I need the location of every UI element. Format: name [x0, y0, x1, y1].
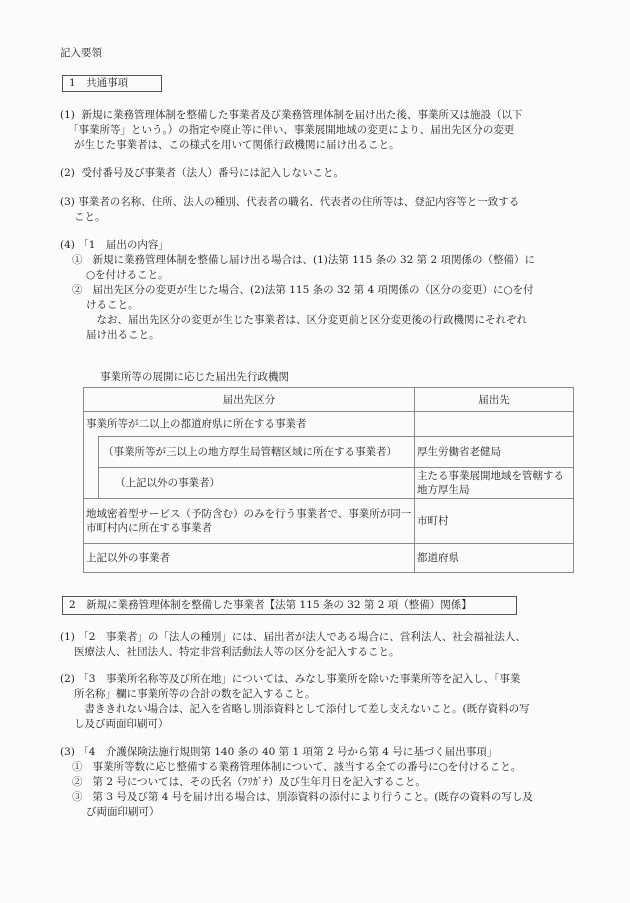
item-text: 新規に業務管理体制を整備した事業者及び業務管理体制を届け出た後、事業所又は施設（… [82, 109, 523, 121]
item-text: こと。 [60, 210, 519, 225]
item-label: (2) [60, 167, 75, 179]
subitem-label: ③ [72, 791, 83, 803]
subitem-text: 第 3 号及び第 4 号を届け出る場合は、別添資料の添付により行うこと。(既存の… [93, 791, 533, 803]
destination-table: 届出先区分 届出先 事業所等が二以上の都道府県に所在する事業者 （事業所等が三以… [83, 387, 574, 573]
s1-item3: (3) 事業者の名称、住所、法人の種別、代表者の職名、代表者の住所等は、登記内容… [60, 195, 519, 225]
s2-item1: (1) 「2 事業者」の「法人の種別」には、届出者が法人である場合に、営利法人、… [60, 630, 526, 660]
item-label: (1) [60, 109, 75, 121]
s2-item2: (2) 「3 事業所名称等及び所在地」については、みなし事業所を除いた事業所等を… [60, 672, 530, 732]
subitem-text: 事業所等数に応じ整備する業務管理体制について、該当する全ての番号に○を付けること… [93, 761, 522, 773]
table-caption: 事業所等の展開に応じた届出先行政機関 [100, 370, 289, 385]
item-text: 所名称」欄に事業所等の合計の数を記入すること。 [60, 687, 530, 702]
item-text: し及び両面印刷可） [60, 717, 530, 732]
subitem-label: ② [72, 776, 83, 788]
item-text: 「3 事業所名称等及び所在地」については、みなし事業所を除いた事業所等を記入し、… [78, 673, 520, 685]
header-destination: 届出先 [415, 388, 574, 412]
item-text: が生じた事業者は、この様式を用いて関係行政機関に届け出ること。 [60, 138, 523, 153]
item-label: (3) [60, 196, 75, 208]
row-destination: 市町村 [415, 499, 574, 544]
section2-heading: 2 新規に業務管理体制を整備した事業者【法第 115 条の 32 第 2 項（整… [62, 596, 517, 615]
row-category: 上記以外の事業者 [84, 544, 415, 573]
subitem-text: 届出先区分の変更が生じた場合、(2)法第 115 条の 32 第 4 項関係の（… [93, 284, 534, 296]
item-text: 「事業所等」という。）の指定や廃止等に伴い、事業展開地域の変更により、届出先区分… [60, 123, 523, 138]
item-label: (4) [60, 239, 75, 251]
table-row: 地域密着型サービス（予防含む）のみを行う事業者で、事業所が同一市町村内に所在する… [84, 499, 574, 544]
row-destination: 都道府県 [415, 544, 574, 573]
table-header-row: 届出先区分 届出先 [84, 388, 574, 412]
s1-item4: (4) 「1 届出の内容」 ① 新規に業務管理体制を整備し届け出る場合は、(1)… [60, 238, 535, 343]
row-category: （事業所等が三以上の地方厚生局管轄区域に所在する事業者） [99, 437, 415, 468]
item-label: (1) [60, 631, 75, 643]
item-text: 「4 介護保険法施行規則第 140 条の 40 第 1 項第 2 号から第 4 … [78, 746, 497, 758]
subitem-text: 第 2 号については、その氏名（ﾌﾘｶﾞﾅ）及び生年月日を記入すること。 [93, 776, 426, 788]
subitem-text: ○を付けること。 [60, 268, 535, 283]
item-text: 医療法人、社団法人、特定非営利活動法人等の区分を記入すること。 [60, 645, 526, 660]
subitem-text: び両面印刷可） [60, 805, 533, 820]
section1-heading: 1 共通事項 [62, 75, 162, 92]
item-text: 書ききれない場合は、記入を省略し別添資料として添付して差し支えないこと。(既存資… [60, 702, 530, 717]
subitem-label: ① [72, 254, 83, 266]
item-text: 「1 届出の内容」 [78, 239, 169, 251]
s1-item2: (2) 受付番号及び事業者（法人）番号には記入しないこと。 [60, 166, 344, 181]
indent-cell [84, 468, 99, 499]
subitem-text: なお、届出先区分の変更が生じた事業者は、区分変更前と区分変更後の行政機関にそれぞ… [60, 313, 535, 328]
table-row: 事業所等が二以上の都道府県に所在する事業者 [84, 412, 574, 437]
table-row: （上記以外の事業者） 主たる事業展開地域を管轄する地方厚生局 [84, 468, 574, 499]
indent-cell [84, 437, 99, 468]
row-category: （上記以外の事業者） [99, 468, 415, 499]
table-row: 上記以外の事業者 都道府県 [84, 544, 574, 573]
row-destination: 主たる事業展開地域を管轄する地方厚生局 [415, 468, 574, 499]
item-label: (3) [60, 746, 75, 758]
item-text: 受付番号及び事業者（法人）番号には記入しないこと。 [82, 167, 345, 179]
item-label: (2) [60, 673, 75, 685]
row-destination: 厚生労働省老健局 [415, 437, 574, 468]
item-text: 事業者の名称、住所、法人の種別、代表者の職名、代表者の住所等は、登記内容等と一致… [78, 196, 519, 208]
subitem-text: けること。 [60, 298, 535, 313]
document-title: 記入要領 [60, 46, 102, 61]
subitem-text: 届け出ること。 [60, 328, 535, 343]
subitem-text: 新規に業務管理体制を整備し届け出る場合は、(1)法第 115 条の 32 第 2… [93, 254, 535, 266]
row-destination [415, 412, 574, 437]
s2-item3: (3) 「4 介護保険法施行規則第 140 条の 40 第 1 項第 2 号から… [60, 745, 533, 820]
subitem-label: ② [72, 284, 83, 296]
item-text: 「2 事業者」の「法人の種別」には、届出者が法人である場合に、営利法人、社会福祉… [78, 631, 526, 643]
header-category: 届出先区分 [84, 388, 415, 412]
row-category: 事業所等が二以上の都道府県に所在する事業者 [84, 412, 415, 437]
row-category: 地域密着型サービス（予防含む）のみを行う事業者で、事業所が同一市町村内に所在する… [84, 499, 415, 544]
table-row: （事業所等が三以上の地方厚生局管轄区域に所在する事業者） 厚生労働省老健局 [84, 437, 574, 468]
s1-item1: (1) 新規に業務管理体制を整備した事業者及び業務管理体制を届け出た後、事業所又… [60, 108, 523, 153]
subitem-label: ① [72, 761, 83, 773]
